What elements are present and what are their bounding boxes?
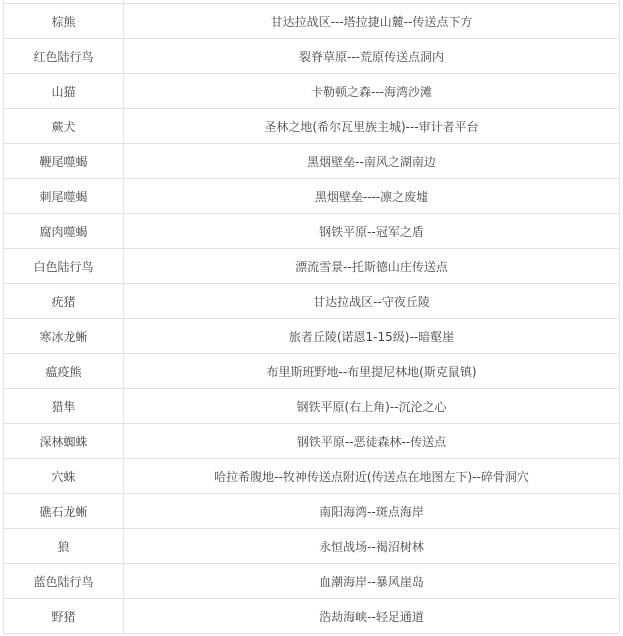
table-row: 鞭尾噬蝎黑烟壁垒--南风之湖南边: [4, 144, 620, 179]
creature-name-cell: 腐肉噬蝎: [4, 214, 124, 249]
creature-location-table: 棕熊甘达拉战区---塔拉捷山麓--传送点下方红色陆行鸟裂脊草原---荒原传送点洞…: [3, 0, 620, 634]
table-row: 狼永恒战场--褐沼树林: [4, 529, 620, 564]
location-cell: 钢铁平原(右上角)--沉沦之心: [124, 389, 620, 424]
location-cell: 黑烟壁垒--南风之湖南边: [124, 144, 620, 179]
location-cell: 黑烟壁垒----凛之废墟: [124, 179, 620, 214]
table-row: 红色陆行鸟裂脊草原---荒原传送点洞内: [4, 39, 620, 74]
table-row: 野猪浩劫海峡--轻足通道: [4, 599, 620, 634]
creature-name-cell: 寒冰龙蜥: [4, 319, 124, 354]
table-row: 蕨犬圣林之地(希尔瓦里族主城)---审计者平台: [4, 109, 620, 144]
location-cell: 哈拉希腹地--牧神传送点附近(传送点在地图左下)--碎骨洞穴: [124, 459, 620, 494]
table-row: 穴蛛哈拉希腹地--牧神传送点附近(传送点在地图左下)--碎骨洞穴: [4, 459, 620, 494]
location-cell: 裂脊草原---荒原传送点洞内: [124, 39, 620, 74]
creature-name-cell: 瘟疫熊: [4, 354, 124, 389]
location-cell: 血潮海岸--暴风崖岛: [124, 564, 620, 599]
table-row: 猎隼钢铁平原(右上角)--沉沦之心: [4, 389, 620, 424]
location-cell: 南阳海湾--斑点海岸: [124, 494, 620, 529]
creature-name-cell: 狼: [4, 529, 124, 564]
table-row: 瘟疫熊布里斯班野地--布里提尼林地(斯克鼠镇): [4, 354, 620, 389]
location-cell: 布里斯班野地--布里提尼林地(斯克鼠镇): [124, 354, 620, 389]
location-cell: 圣林之地(希尔瓦里族主城)---审计者平台: [124, 109, 620, 144]
table-row: 蓝色陆行鸟血潮海岸--暴风崖岛: [4, 564, 620, 599]
creature-name-cell: 白色陆行鸟: [4, 249, 124, 284]
creature-name-cell: 红色陆行鸟: [4, 39, 124, 74]
table-row: 白色陆行鸟漂流雪景--托斯德山庄传送点: [4, 249, 620, 284]
table-row: 寒冰龙蜥旅者丘陵(诺恩1-15级)--暗壑崖: [4, 319, 620, 354]
creature-name-cell: 穴蛛: [4, 459, 124, 494]
location-cell: 钢铁平原--恶徒森林--传送点: [124, 424, 620, 459]
table-container: 棕熊甘达拉战区---塔拉捷山麓--传送点下方红色陆行鸟裂脊草原---荒原传送点洞…: [3, 0, 620, 634]
creature-name-cell: 蕨犬: [4, 109, 124, 144]
table-row: 刺尾噬蝎黑烟壁垒----凛之废墟: [4, 179, 620, 214]
table-row: 疣猪甘达拉战区--守夜丘陵: [4, 284, 620, 319]
location-cell: 卡勒顿之森---海湾沙滩: [124, 74, 620, 109]
table-row: 深林蜘蛛钢铁平原--恶徒森林--传送点: [4, 424, 620, 459]
location-cell: 甘达拉战区--守夜丘陵: [124, 284, 620, 319]
table-row: 腐肉噬蝎钢铁平原--冠军之盾: [4, 214, 620, 249]
creature-name-cell: 山猫: [4, 74, 124, 109]
location-cell: 永恒战场--褐沼树林: [124, 529, 620, 564]
creature-name-cell: 棕熊: [4, 4, 124, 39]
location-cell: 甘达拉战区---塔拉捷山麓--传送点下方: [124, 4, 620, 39]
creature-name-cell: 鞭尾噬蝎: [4, 144, 124, 179]
location-cell: 钢铁平原--冠军之盾: [124, 214, 620, 249]
table-row: 礁石龙蜥南阳海湾--斑点海岸: [4, 494, 620, 529]
creature-name-cell: 野猪: [4, 599, 124, 634]
location-cell: 浩劫海峡--轻足通道: [124, 599, 620, 634]
creature-name-cell: 猎隼: [4, 389, 124, 424]
creature-name-cell: 疣猪: [4, 284, 124, 319]
creature-name-cell: 深林蜘蛛: [4, 424, 124, 459]
table-row: 山猫卡勒顿之森---海湾沙滩: [4, 74, 620, 109]
location-cell: 漂流雪景--托斯德山庄传送点: [124, 249, 620, 284]
creature-name-cell: 蓝色陆行鸟: [4, 564, 124, 599]
location-cell: 旅者丘陵(诺恩1-15级)--暗壑崖: [124, 319, 620, 354]
creature-name-cell: 刺尾噬蝎: [4, 179, 124, 214]
table-row: 棕熊甘达拉战区---塔拉捷山麓--传送点下方: [4, 4, 620, 39]
creature-name-cell: 礁石龙蜥: [4, 494, 124, 529]
